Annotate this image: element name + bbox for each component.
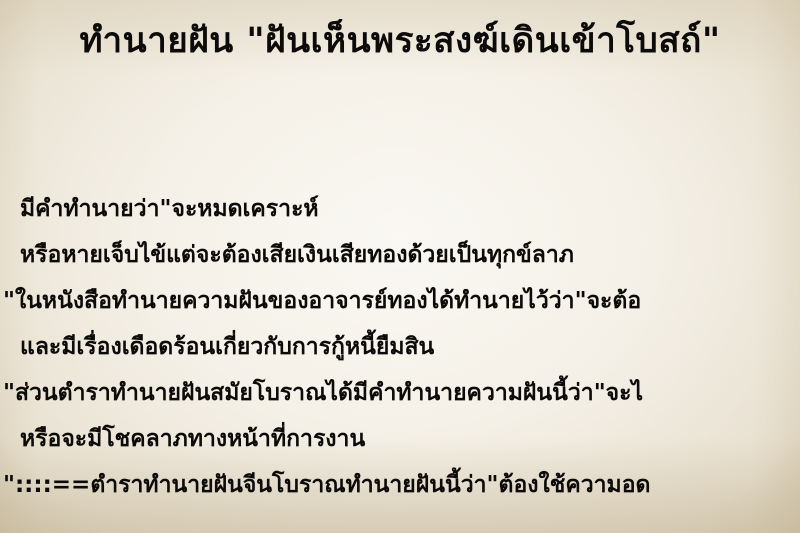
page-title: ทำนายฝัน "ฝันเห็นพระสงฆ์เดินเข้าโบสถ์" bbox=[0, 6, 800, 76]
text-line: หรือหายเจ็บไข้แต่จะต้องเสียเงินเสียทองด้… bbox=[0, 232, 800, 278]
dream-interpretation-text: มีคำทำนายว่า"จะหมดเคราะห์ หรือหายเจ็บไข้… bbox=[0, 186, 800, 508]
text-line: หรือจะมีโชคลาภทางหน้าที่การงาน bbox=[0, 416, 800, 462]
text-line: "ส่วนตำราทำนายฝันสมัยโบราณได้มีคำทำนายคว… bbox=[0, 370, 800, 416]
text-line: "::::==ตำราทำนายฝันจีนโบราณทำนายฝันนี้ว่… bbox=[0, 462, 800, 508]
text-line: "ในหนังสือทำนายความฝันของอาจารย์ทองได้ทำ… bbox=[0, 278, 800, 324]
text-line: มีคำทำนายว่า"จะหมดเคราะห์ bbox=[0, 186, 800, 232]
text-line: และมีเรื่องเดือดร้อนเกี่ยวกับการกู้หนี้ย… bbox=[0, 324, 800, 370]
